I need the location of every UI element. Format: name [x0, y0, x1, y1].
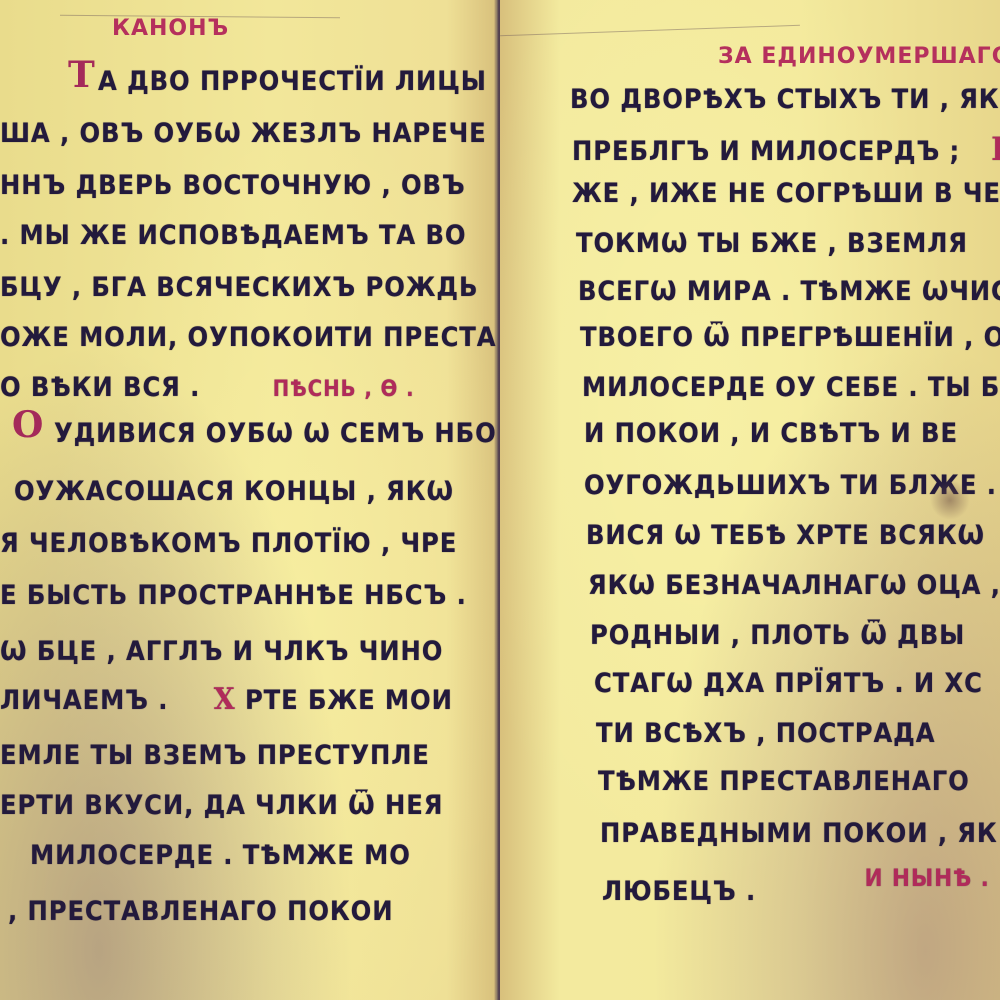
text-line: , ПРЕСТАВЛЕНАГО ПОКОИ [8, 896, 393, 927]
text-line: УДИВИСЯ ОУБѠ Ѡ СЕМЪ НБО, [54, 418, 496, 449]
text-line: ПРАВЕДНЫМИ ПОКОИ , ЯК [600, 818, 998, 849]
text-line: . МЫ ЖЕ ИСПОВѢДАЕМЪ ТА ВО [0, 220, 466, 251]
text-line: Ѡ БЦЕ , АГГЛЪ И ЧЛКЪ ЧИНО [0, 636, 443, 667]
red-initial: Х [214, 682, 236, 717]
text-line: ША , ОВЪ ОУБѠ ЖЕЗЛЪ НАРЕЧЕ [0, 118, 487, 149]
text-line: РОДНЫИ , ПЛОТЬ Ѿ ДВЫ [590, 620, 965, 651]
left-page: КАНОНЪ Т А ДВО ПРРОЧЕСТЇИ ЛИЦЫ ША , ОВЪ … [0, 0, 496, 1000]
rubric-and-now-label: И НЫНѢ . [864, 864, 989, 892]
text-line: ТОКМѠ ТЫ БЖЕ , ВЗЕМЛЯ [576, 228, 968, 259]
text-line: А ДВО ПРРОЧЕСТЇИ ЛИЦЫ [98, 66, 487, 97]
text-segment: ЛИЧАЕМЪ . [0, 685, 168, 716]
text-line: СТАГѠ ДХА ПРЇЯТЪ . И ХС [594, 668, 983, 699]
text-line: ВО ДВОРѢХЪ СТЫХЪ ТИ , ЯК [570, 84, 1000, 115]
text-line: ТВОЕГО Ѿ ПРЕГРѢШЕНЇИ , О [580, 322, 1000, 353]
text-line: ТѢМЖЕ ПРЕСТАВЛЕНАГО [598, 766, 970, 797]
red-initial: Т [68, 54, 95, 96]
paper-stain [930, 480, 970, 520]
text-line: ЕРТИ ВКУСИ, ДА ЧЛКИ Ѿ НЕЯ [0, 790, 443, 821]
text-line: ЛЮБЕЦЪ . И НЫНѢ . [602, 876, 990, 907]
text-segment: ПРЕБЛГЪ И МИЛОСЕРДЪ ; [572, 136, 960, 167]
text-line: ЛИЧАЕМЪ . Х РТЕ БЖЕ МОИ [0, 682, 453, 717]
text-line: ЖЕ , ИЖЕ НЕ СОГРѢШИ В ЧЕЛОВѢ [572, 178, 1000, 209]
text-segment: О ВѢКИ ВСЯ . [0, 372, 200, 403]
manuscript-spread: КАНОНЪ Т А ДВО ПРРОЧЕСТЇИ ЛИЦЫ ША , ОВЪ … [0, 0, 1000, 1000]
text-line: ННЪ ДВЕРЬ ВОСТОЧНУЮ , ОВЪ [0, 170, 466, 201]
text-line: ОЖЕ МОЛИ, ОУПОКОИТИ ПРЕСТА [0, 322, 496, 353]
text-line: ВСЕГѠ МИРА . ТѢМЖЕ ѠЧИСТ [578, 276, 1000, 307]
right-heading: ЗА ЕДИНОУМЕРШАГО [718, 44, 1000, 69]
text-line: ЯКѠ БЕЗНАЧАЛНАГѠ ОЦА , [588, 570, 1000, 601]
text-line: ОУЖАСОШАСЯ КОНЦЫ , ЯКѠ [14, 476, 454, 507]
right-page: ЗА ЕДИНОУМЕРШАГО ВО ДВОРѢХЪ СТЫХЪ ТИ , Я… [500, 0, 1000, 1000]
text-line: И ПОКОИ , И СВѢТЪ И ВЕ [584, 418, 958, 449]
text-line: Е БЫСТЬ ПРОСТРАННѢЕ НБСЪ . [0, 580, 467, 611]
red-initial: О [12, 404, 43, 446]
text-line: ЕМЛЕ ТЫ ВЗЕМЪ ПРЕСТУПЛЕ [0, 740, 430, 771]
ruling-line [500, 25, 800, 36]
text-segment: РТЕ БЖЕ МОИ [245, 685, 453, 716]
text-line: ВИСЯ Ѡ ТЕБѢ ХРТЕ ВСЯКѠ [586, 520, 985, 551]
text-line: МИЛОСЕРДЕ . ТѢМЖЕ МО [30, 840, 411, 871]
text-line: Я ЧЕЛОВѢКОМЪ ПЛОТЇЮ , ЧРЕ [0, 528, 457, 559]
text-line: ТИ ВСѢХЪ , ПОСТРАДА [596, 718, 935, 749]
text-line: БЦУ , БГА ВСЯЧЕСКИХЪ РОЖДЬ [0, 272, 478, 303]
left-heading: КАНОНЪ [112, 16, 229, 41]
rubric-ode-label: ПѢСНЬ , Ѳ . [273, 377, 415, 402]
red-initial: Н [991, 130, 1000, 168]
text-segment: ЛЮБЕЦЪ . [602, 876, 756, 907]
text-line: МИЛОСЕРДЕ ОУ СЕБЕ . ТЫ БО Ж [582, 372, 1000, 403]
text-line: О ВѢКИ ВСЯ . ПѢСНЬ , Ѳ . [0, 372, 415, 403]
text-line: ПРЕБЛГЪ И МИЛОСЕРДЪ ; Н Ѣ [572, 130, 1000, 168]
